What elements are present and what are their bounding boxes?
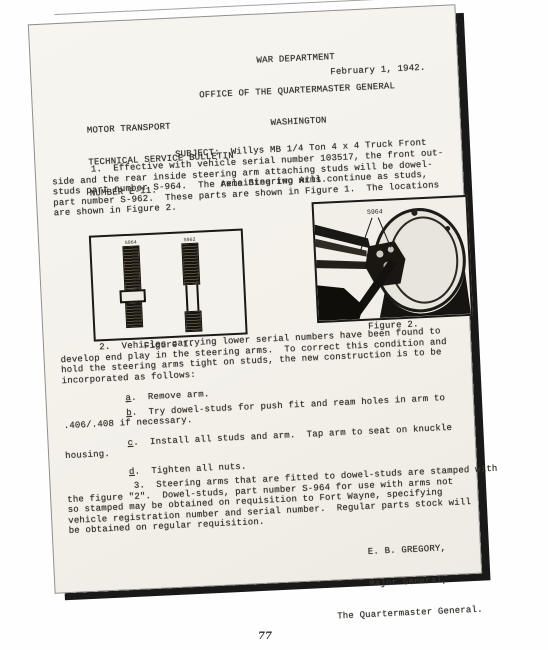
item-text: . Tighten all nuts. <box>134 462 246 477</box>
item-indent <box>66 474 129 477</box>
stud-thread-bottom <box>125 302 143 328</box>
signature-block: E. B. GREGORY, Major General, The Quarte… <box>321 520 496 643</box>
item-text: . Remove arm. <box>131 389 210 403</box>
stud-thread-bottom <box>185 311 203 333</box>
scanned-page-background: WAR DEPARTMENT OFFICE OF THE QUARTERMAST… <box>0 0 548 650</box>
stud-collar <box>119 289 146 303</box>
stud-thread-top <box>181 243 200 286</box>
item-indent <box>63 400 126 403</box>
steering-knuckle-photo: S964 <box>314 197 471 321</box>
item-text: . Install all studs and arm. Tap arm to … <box>133 423 452 448</box>
signature-title: The Quartermaster General. <box>325 604 495 622</box>
dowel-stud-s964: S964 <box>122 239 143 328</box>
item-indent <box>65 445 128 448</box>
signature-name: E. B. GREGORY, <box>322 541 492 559</box>
bulletin-sheet: WAR DEPARTMENT OFFICE OF THE QUARTERMAST… <box>28 4 482 594</box>
signature-rank: Major General, <box>323 573 493 591</box>
stud-s962: S962 <box>181 237 202 333</box>
figure2-part-label: S964 <box>367 208 383 216</box>
list-item-c-continuation: housing. <box>65 449 110 462</box>
stud-right-label: S962 <box>181 237 198 244</box>
stud-left-label: S964 <box>122 239 139 246</box>
list-item-a: a. Remove arm. <box>62 389 209 406</box>
figure1-image: S964 S962 <box>89 229 248 342</box>
stud-shank <box>185 285 199 312</box>
page-number: 77 <box>0 631 530 642</box>
figure2-image: S964 <box>312 195 474 323</box>
stud-thread-top <box>122 245 141 290</box>
